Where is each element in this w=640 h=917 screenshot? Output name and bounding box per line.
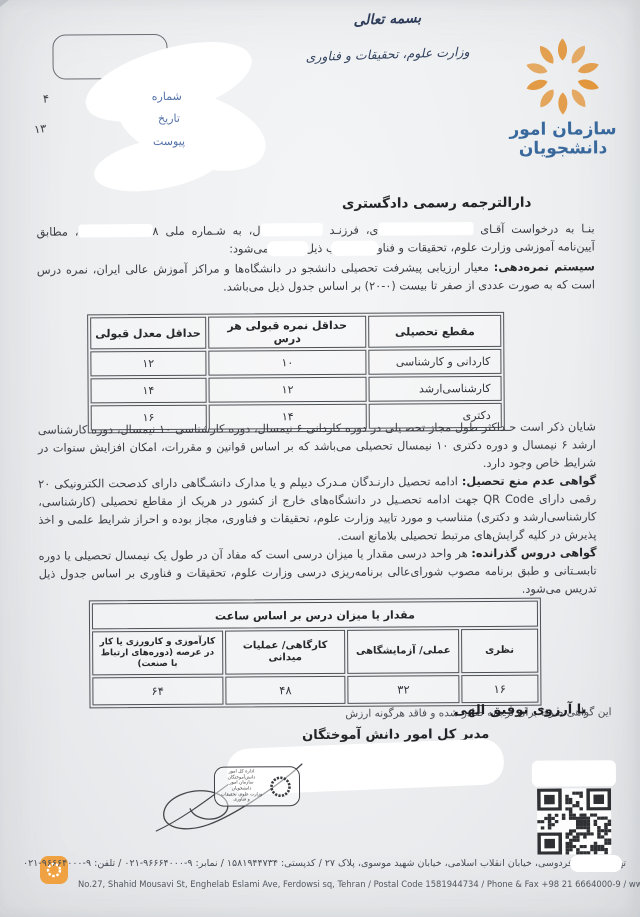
ref-number-value-fragment: ۴: [43, 92, 49, 106]
stamp-emblem-icon: [267, 773, 294, 800]
ref-attachment-label: پیوست: [153, 135, 185, 148]
redacted-national-id: [78, 224, 152, 237]
cell-min-gpa: ۱۴: [91, 378, 207, 404]
col-header-theory: نظری: [461, 629, 539, 673]
redacted-father-name: [261, 223, 323, 236]
table-title-row: مقدار یا میزان درس بر اساس ساعت: [92, 601, 538, 630]
intro-seg1: بنـا به درخواست آقـای: [480, 222, 594, 236]
col-header-workshop: کارگاهی/ عملیات میدانی: [225, 630, 346, 675]
cell-theory-hours: ۱۶: [461, 675, 538, 703]
logo-wordmark-line2: دانشجویان: [496, 139, 630, 159]
grading-system-paragraph: سیستم نمره‌دهی: معیار ارزیابی پیشرفت تحص…: [37, 258, 595, 297]
bismillah-calligraphy: بسمه تعالی: [332, 9, 443, 29]
intro-seg2: ی، فرزنـد: [329, 224, 378, 237]
footer-address-fa: تهران، میدان فردوسی، خیابان انقلاب اسلام…: [80, 858, 626, 869]
org-logo: سازمان امور دانشجویان: [495, 34, 630, 159]
table-row: ۱۶ ۳۲ ۴۸ ۶۴: [92, 675, 538, 706]
scanned-certificate-document: بسمه تعالی وزارت علوم، تحقیقات و فناوری …: [0, 0, 640, 917]
logo-wordmark: سازمان امور دانشجویان: [496, 120, 630, 159]
cell-min-grade: ۱۰: [208, 350, 367, 376]
col-header-min-gpa: حداقل معدل قبولی: [90, 317, 206, 350]
ministry-title: وزارت علوم، تحقیقات و فناوری: [292, 44, 482, 65]
cell-practical-hours: ۳۲: [348, 675, 459, 704]
qr-code: [537, 788, 611, 854]
no-ban-lead: گواهی عدم منع تحصیل:: [462, 474, 596, 488]
passed-courses-paragraph: گواهی دروس گذرانده: هر واحد درسی مقدار ی…: [39, 544, 597, 601]
blessing-stamp-text: با آرزوی توفیق الهی: [454, 702, 586, 718]
duration-paragraph: شایان ذکر است حـداکثر طول مجاز تحصـیلی د…: [38, 418, 596, 475]
ref-number-label: شماره: [152, 90, 182, 103]
logo-wordmark-line1: سازمان امور: [496, 120, 630, 140]
doc-title: دارالترجمه رسمی دادگستری: [342, 195, 532, 212]
footer-address-en: No.27, Shahid Mousavi St, Enghelab Eslam…: [78, 879, 630, 889]
table-header-row: مقطع تحصیلی حداقل نمره قبولی هر درس حداق…: [90, 315, 501, 350]
cell-min-gpa: ۱۲: [90, 351, 206, 377]
ref-date-value-fragment: ۱۳: [33, 121, 47, 136]
course-hours-table: مقدار یا میزان درس بر اساس ساعت نظری عمل…: [89, 598, 542, 709]
table-header-row: نظری عملی/ آزمایشگاهی کارگاهی/ عملیات می…: [92, 629, 538, 676]
redaction-blob: [331, 241, 379, 256]
redaction-blob: [570, 855, 622, 872]
grading-system-lead: سیستم نمره‌دهی:: [494, 260, 595, 274]
redaction-blob: [267, 241, 309, 256]
cell-min-grade: ۱۲: [208, 377, 367, 403]
stamp-text-line: اداره کل امور دانش‌آموختگان: [220, 770, 263, 781]
stamp-text-line: وزارت علوم، تحقیقات و فناوری: [220, 792, 263, 803]
redacted-applicant-name: [378, 222, 473, 236]
col-header-practical: عملی/ آزمایشگاهی: [347, 629, 459, 674]
col-header-internship: کارآموزی و کارورزی یا کار در عرصه (دوره‌…: [92, 631, 223, 676]
cell-degree: کارشناسی‌ارشد: [369, 376, 502, 402]
table-title: مقدار یا میزان درس بر اساس ساعت: [92, 601, 538, 630]
official-stamp: اداره کل امور دانش‌آموختگان سازمان امور …: [214, 766, 300, 807]
col-header-min-course-grade: حداقل نمره قبولی هر درس: [208, 316, 367, 349]
ref-date-label: تاریخ: [158, 112, 180, 125]
stamp-text-line: سازمان امور دانشجویان: [220, 781, 263, 792]
intro-paragraph: بنـا به درخواست آقـای ی، فرزنـد ل، به شـ…: [37, 220, 595, 259]
logo-petal-ring-icon: [514, 34, 611, 119]
intro-seg3: ل، به شـماره ملی ۸: [152, 224, 260, 238]
table-row: کارشناسی‌ارشد ۱۲ ۱۴: [91, 376, 502, 404]
no-ban-paragraph: گواهی عدم منع تحصیل: ادامه تحصیل دارنـدگ…: [38, 472, 596, 547]
cell-degree: کاردانی و کارشناسی: [369, 349, 502, 375]
col-header-degree: مقطع تحصیلی: [368, 315, 501, 348]
stamp-text: اداره کل امور دانش‌آموختگان سازمان امور …: [220, 770, 263, 804]
redaction-blob: [532, 760, 616, 787]
cell-workshop-hours: ۴۸: [225, 676, 346, 705]
grade-thresholds-table: مقطع تحصیلی حداقل نمره قبولی هر درس حداق…: [87, 312, 505, 434]
cell-internship-hours: ۶۴: [92, 677, 223, 706]
passed-courses-lead: گواهی دروس گذرانده:: [471, 546, 596, 560]
table-row: کاردانی و کارشناسی ۱۰ ۱۲: [90, 349, 501, 377]
